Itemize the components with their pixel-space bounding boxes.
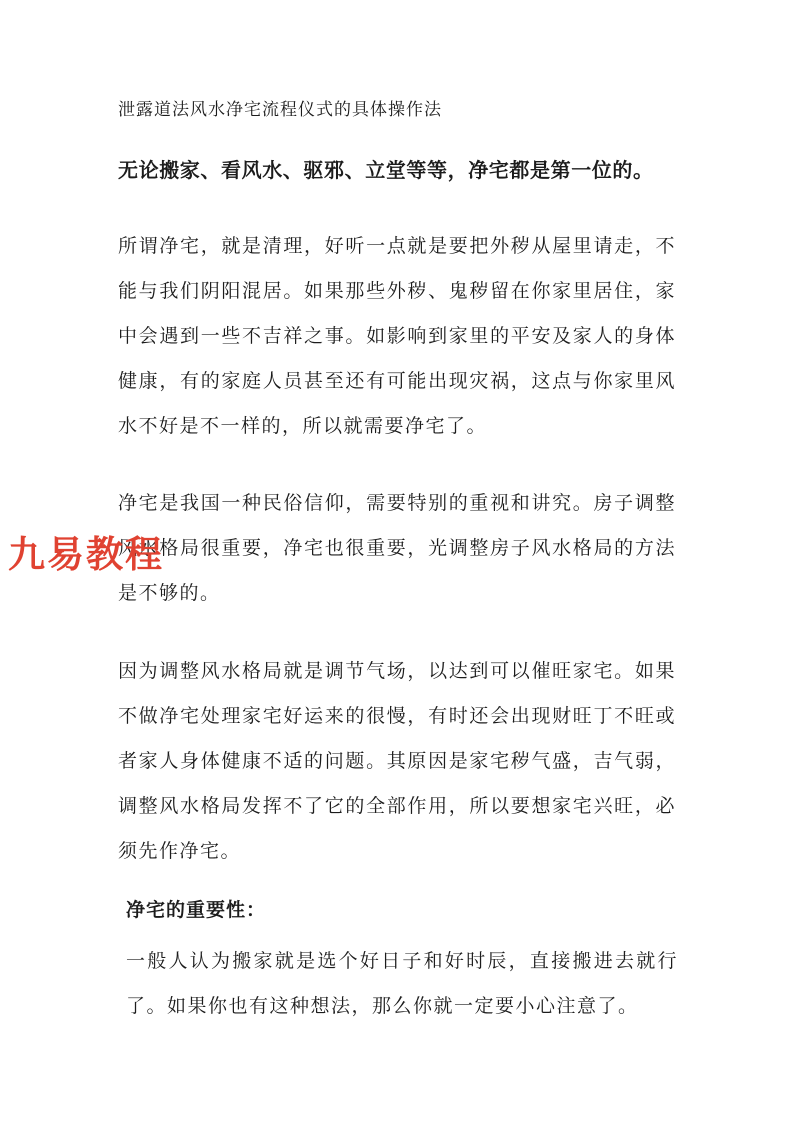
section-body-paragraph: 一般人认为搬家就是选个好日子和好时辰，直接搬进去就行了。如果你也有这种想法，那么… [126, 939, 678, 1029]
document-title: 泄露道法风水净宅流程仪式的具体操作法 [118, 98, 676, 122]
watermark: 九易教程 [8, 534, 164, 576]
document-page: 九易教程 泄露道法风水净宅流程仪式的具体操作法 无论搬家、看风水、驱邪、立堂等等… [0, 0, 794, 1122]
paragraph-1: 所谓净宅，就是清理，好听一点就是要把外秽从屋里请走，不能与我们阴阳混居。如果那些… [118, 224, 676, 449]
paragraph-3: 因为调整风水格局就是调节气场，以达到可以催旺家宅。如果不做净宅处理家宅好运来的很… [118, 649, 676, 874]
lead-statement: 无论搬家、看风水、驱邪、立堂等等，净宅都是第一位的。 [118, 156, 676, 186]
section-heading: 净宅的重要性： [126, 896, 678, 926]
paragraph-2: 净宅是我国一种民俗信仰，需要特别的重视和讲究。房子调整风水格局很重要，净宅也很重… [118, 481, 676, 616]
